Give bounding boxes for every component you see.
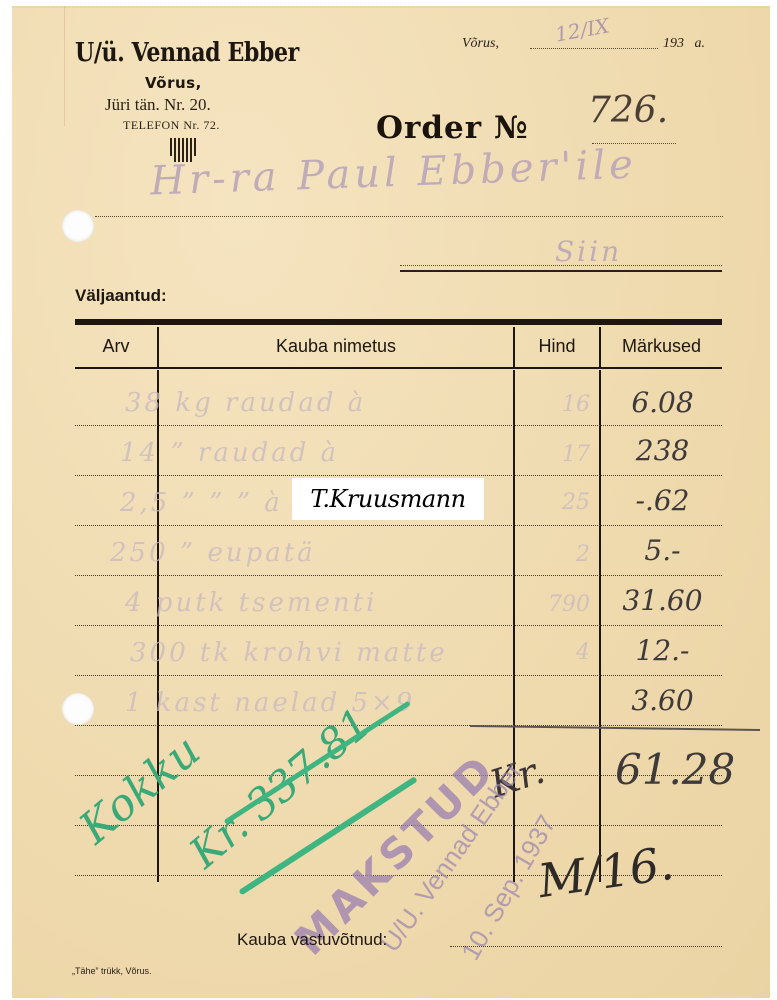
table-row-item: 38 kg raudad à [125, 388, 366, 418]
company-city: Võrus, [145, 74, 202, 92]
table-row-item: 250 ” eupatä [110, 538, 316, 568]
table-row-price: 2 [520, 542, 590, 567]
recipient-place: Siin [555, 235, 622, 268]
table-row-amount: 238 [605, 434, 720, 467]
company-address: Jüri tän. Nr. 20. [105, 95, 211, 115]
punch-hole-bottom [62, 693, 94, 725]
table-row-item: 2,5 ” ” ” à [120, 488, 283, 518]
company-phone: TELEFON Nr. 72. [123, 118, 220, 133]
column-divider [599, 370, 601, 882]
table-row-item: 14 ” raudad à [120, 438, 339, 468]
date-place-label: Võrus, [462, 36, 499, 52]
total-amount: 61.28 [615, 745, 735, 794]
company-name: U/ü. Vennad Ebber [75, 38, 299, 68]
column-divider [157, 327, 159, 367]
column-header-markused: Märkused [601, 336, 722, 357]
row-line [75, 525, 722, 526]
table-row-price: 4 [520, 640, 590, 665]
row-line [75, 725, 722, 726]
column-divider [513, 370, 515, 882]
column-header-kauba-nimetus: Kauba nimetus [159, 336, 513, 357]
order-title: Order № [376, 110, 529, 146]
table-top-rule [75, 319, 722, 325]
row-line [75, 475, 722, 476]
table-row-amount: 5.- [605, 534, 720, 567]
column-header-arv: Arv [75, 336, 157, 357]
received-signature-line [450, 946, 722, 947]
column-header-hind: Hind [515, 336, 599, 357]
row-line [75, 425, 722, 426]
table-row-amount: 12.- [605, 634, 720, 667]
year-prefix: 193 [663, 36, 684, 51]
column-divider [599, 327, 601, 367]
table-row-item: 4 putk tsementi [125, 588, 377, 618]
recipient-underline [400, 270, 722, 272]
recipient-line-2 [400, 265, 722, 266]
recipient-line-1 [95, 216, 723, 217]
date-year: 193 a. [663, 36, 705, 52]
table-row-item: 300 tk krohvi matte [130, 638, 448, 668]
signature-label: T.Kruusmann [292, 478, 484, 520]
table-row-item: 1 kast naelad 5×9 [125, 688, 415, 718]
table-row-amount: 3.60 [605, 684, 720, 717]
order-number: 726. [588, 90, 668, 131]
table-row-price: 25 [520, 490, 590, 515]
fold-mark [64, 6, 65, 126]
table-row-price: 790 [520, 592, 590, 617]
table-row-price: 17 [520, 442, 590, 467]
printer-credit: „Tähe” trükk, Võrus. [72, 966, 152, 976]
table-row-price: 16 [520, 392, 590, 417]
row-line [75, 675, 722, 676]
date-field-line [530, 48, 658, 49]
issued-label: Väljaantud: [75, 286, 167, 306]
received-label: Kauba vastuvõtnud: [237, 930, 387, 950]
table-row-amount: 6.08 [605, 386, 720, 419]
row-line [75, 575, 722, 576]
table-row-amount: -.62 [605, 484, 720, 517]
column-divider [513, 327, 515, 367]
table-row-amount: 31.60 [605, 584, 720, 617]
punch-hole-top [62, 210, 94, 242]
row-line [75, 625, 722, 626]
table-header-rule [75, 367, 722, 369]
year-suffix: a. [695, 36, 706, 51]
